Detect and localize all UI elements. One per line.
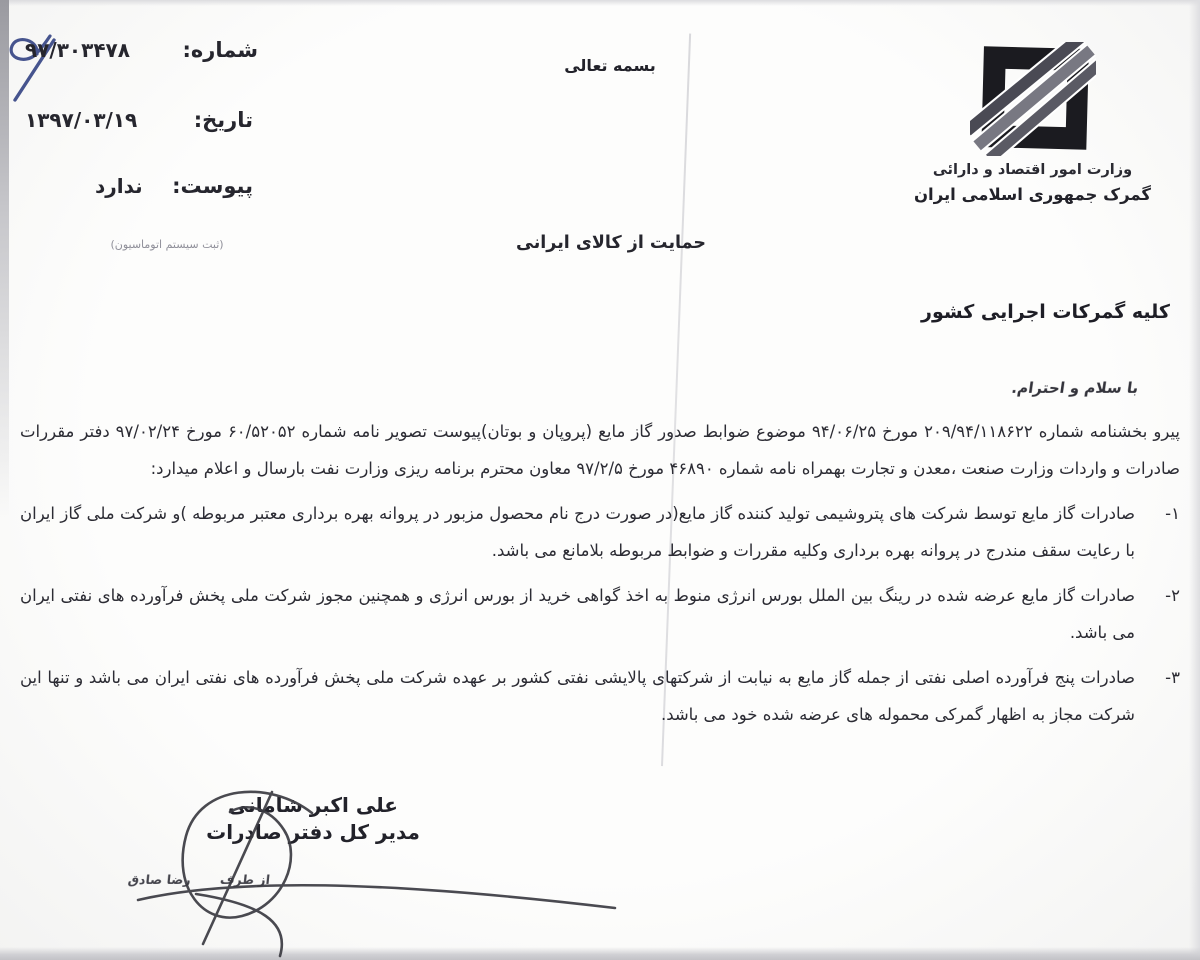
meta-number-row: شماره: ۹۷/۳۰۳۴۷۸ — [25, 38, 258, 62]
item-number: ۱- — [1135, 496, 1180, 569]
recipient-heading: کلیه گمرکات اجرایی کشور — [800, 301, 1170, 323]
scan-edge-top — [0, 0, 1200, 6]
attachment-value: ندارد — [95, 174, 143, 198]
number-label: شماره: — [183, 38, 259, 62]
letterhead-right-block: وزارت امور اقتصاد و دارائی گمرک جمهوری ا… — [885, 42, 1180, 204]
letter-intro-paragraph: پیرو بخشنامه شماره ۲۰۹/۹۴/۱۱۸۶۲۲ مورخ ۹۴… — [20, 414, 1180, 487]
item-text: صادرات گاز مایع عرضه شده در رینگ بین الم… — [20, 578, 1135, 651]
item-number: ۲- — [1135, 578, 1180, 651]
date-value: ۱۳۹۷/۰۳/۱۹ — [25, 108, 137, 132]
customs-logo-icon — [970, 42, 1096, 156]
attachment-label: پیوست: — [172, 174, 253, 198]
signature-scribble-icon — [100, 758, 640, 958]
list-item: ۳- صادرات پنج فرآورده اصلی نفتی از جمله … — [20, 660, 1180, 733]
customs-name-line: گمرک جمهوری اسلامی ایران — [885, 185, 1180, 204]
scan-edge-right — [1189, 0, 1200, 960]
meta-date-row: تاریخ: ۱۳۹۷/۰۳/۱۹ — [25, 108, 253, 132]
scanned-letter: شماره: ۹۷/۳۰۳۴۷۸ تاریخ: ۱۳۹۷/۰۳/۱۹ پیوست… — [0, 0, 1200, 960]
number-value: ۹۷/۳۰۳۴۷۸ — [25, 38, 130, 62]
letter-body: پیرو بخشنامه شماره ۲۰۹/۹۴/۱۱۸۶۲۲ مورخ ۹۴… — [20, 414, 1180, 733]
year-slogan-text: حمایت از کالای ایرانی — [505, 233, 717, 253]
automation-note: (ثبت سیستم اتوماسیون) — [82, 238, 252, 251]
bismillah-text: بسمه تعالی — [540, 56, 680, 75]
item-text: صادرات گاز مایع توسط شرکت های پتروشیمی ت… — [20, 496, 1135, 569]
salutation-script: با سلام و احترام. — [994, 379, 1157, 397]
meta-attachment-row: پیوست: ندارد — [95, 174, 253, 198]
list-item: ۱- صادرات گاز مایع توسط شرکت های پتروشیم… — [20, 496, 1180, 569]
date-label: تاریخ: — [194, 108, 253, 132]
item-number: ۳- — [1135, 660, 1180, 733]
list-item: ۲- صادرات گاز مایع عرضه شده در رینگ بین … — [20, 578, 1180, 651]
ministry-name-line: وزارت امور اقتصاد و دارائی — [885, 162, 1180, 178]
item-text: صادرات پنج فرآورده اصلی نفتی از جمله گاز… — [20, 660, 1135, 733]
